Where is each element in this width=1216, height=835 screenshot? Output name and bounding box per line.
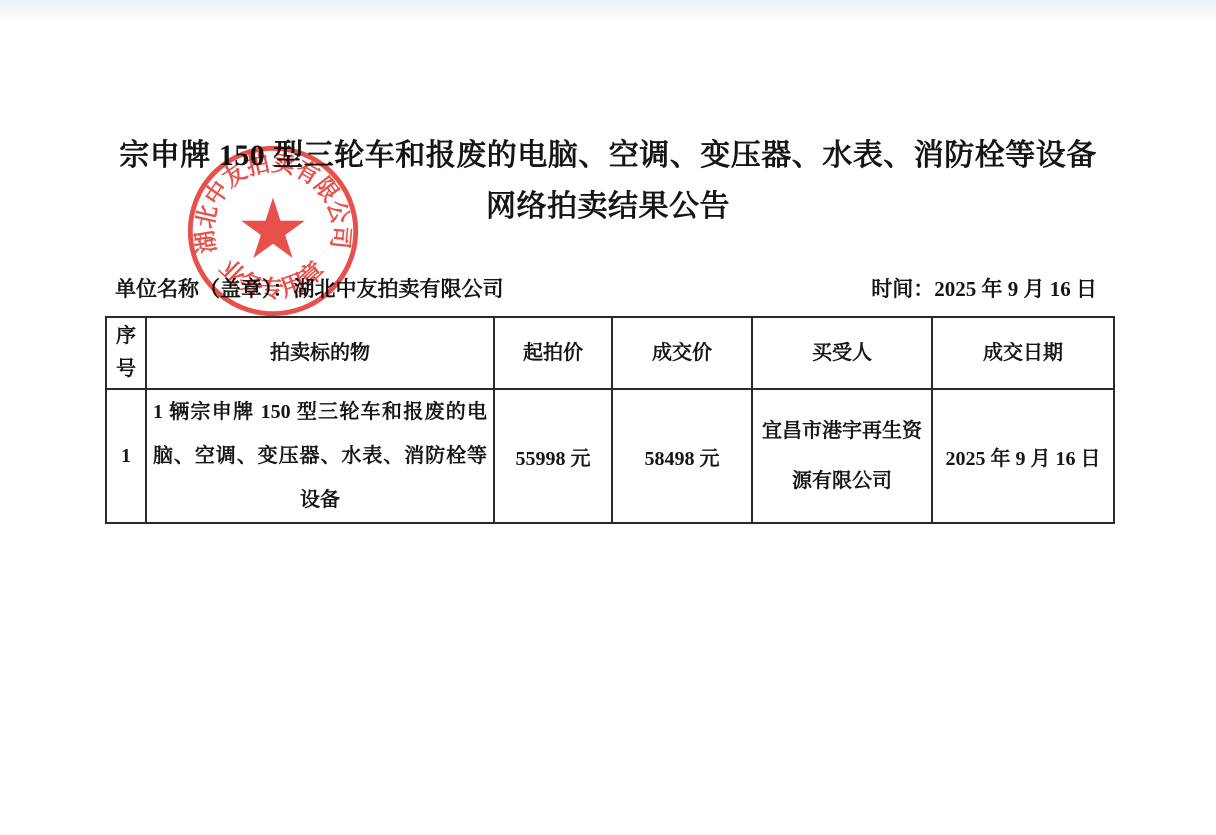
col-header-buyer: 买受人 bbox=[752, 317, 932, 389]
cell-buyer: 宜昌市港宇再生资源有限公司 bbox=[752, 389, 932, 523]
meta-row: 单位名称（盖章）：湖北中友拍卖有限公司 时间：2025 年 9 月 16 日 bbox=[115, 277, 1097, 301]
col-header-starting-price: 起拍价 bbox=[494, 317, 612, 389]
cell-deal-price: 58498 元 bbox=[612, 389, 752, 523]
col-header-deal-date: 成交日期 bbox=[932, 317, 1114, 389]
page-title: 宗申牌 150 型三轮车和报废的电脑、空调、变压器、水表、消防栓等设备 网络拍卖… bbox=[0, 130, 1216, 232]
cell-deal-date: 2025 年 9 月 16 日 bbox=[932, 389, 1114, 523]
cell-starting-price: 55998 元 bbox=[494, 389, 612, 523]
col-header-deal-price: 成交价 bbox=[612, 317, 752, 389]
title-line-1: 宗申牌 150 型三轮车和报废的电脑、空调、变压器、水表、消防栓等设备 bbox=[0, 130, 1216, 181]
cell-item: 1 辆宗申牌 150 型三轮车和报废的电脑、空调、变压器、水表、消防栓等设备 bbox=[146, 389, 494, 523]
unit-name-line: 单位名称（盖章）：湖北中友拍卖有限公司 bbox=[115, 277, 504, 301]
col-header-item: 拍卖标的物 bbox=[146, 317, 494, 389]
cell-index: 1 bbox=[106, 389, 146, 523]
scan-noise-band bbox=[0, 0, 1216, 26]
col-header-index: 序号 bbox=[106, 317, 146, 389]
auction-result-table: 序号 拍卖标的物 起拍价 成交价 买受人 成交日期 1 1 辆宗申牌 150 型… bbox=[105, 316, 1115, 524]
table-row: 1 1 辆宗申牌 150 型三轮车和报废的电脑、空调、变压器、水表、消防栓等设备… bbox=[106, 389, 1114, 523]
title-line-2: 网络拍卖结果公告 bbox=[0, 181, 1216, 232]
table-header-row: 序号 拍卖标的物 起拍价 成交价 买受人 成交日期 bbox=[106, 317, 1114, 389]
time-line: 时间：2025 年 9 月 16 日 bbox=[871, 277, 1097, 301]
